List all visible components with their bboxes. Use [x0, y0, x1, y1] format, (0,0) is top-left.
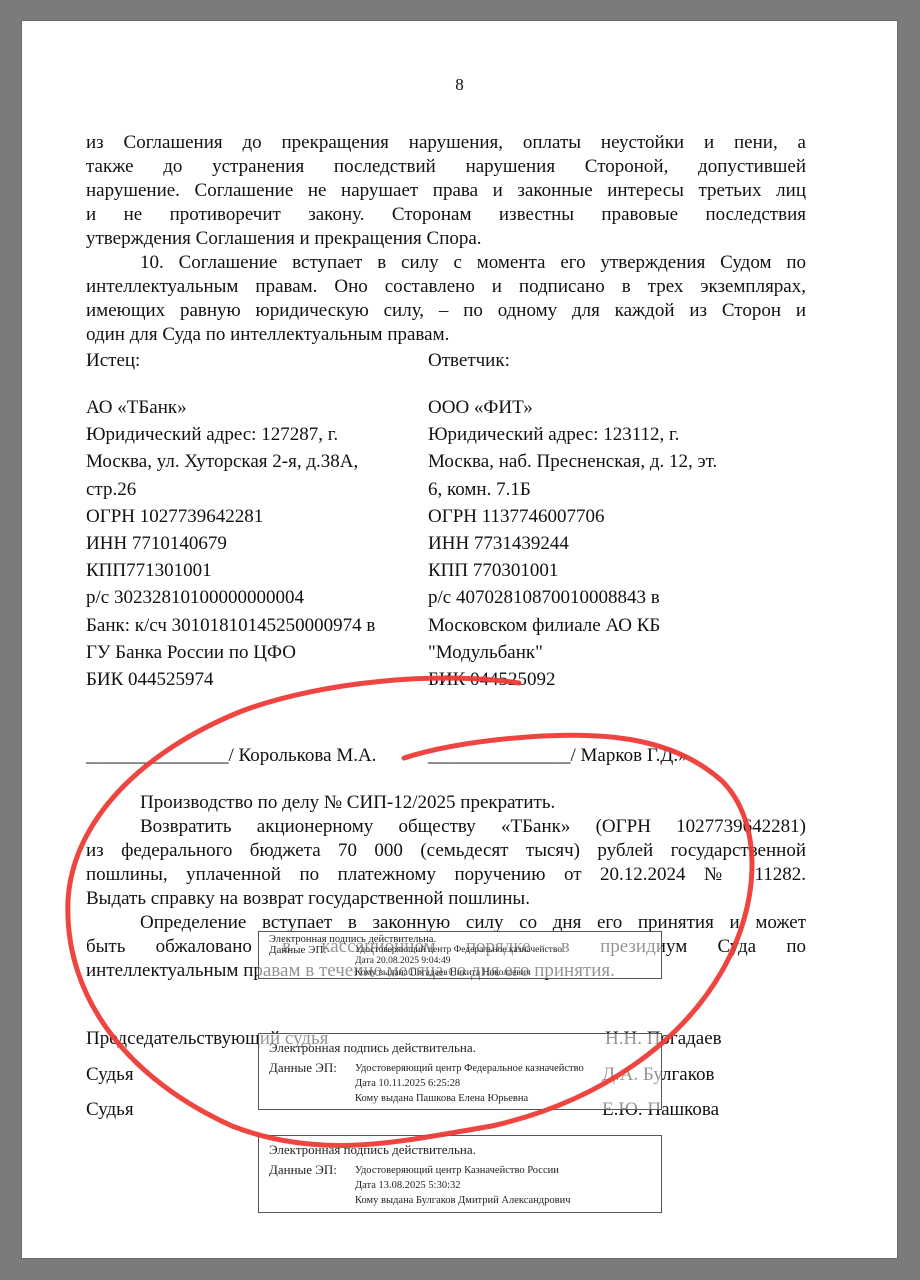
defendant-heading: Ответчик: — [428, 347, 510, 374]
defendant-details: ООО «ФИТ» Юридический адрес: 123112, г. … — [428, 394, 717, 693]
e-signature-label: Данные ЭП: — [269, 1060, 337, 1076]
text-line: 10. Соглашение вступает в силу с момента… — [86, 251, 806, 275]
judge-role: Судья — [86, 1099, 134, 1121]
e-signature-status: Электронная подпись действительна. — [269, 1040, 476, 1056]
e-signature-stamp: Электронная подпись действительна. Данны… — [258, 1135, 662, 1213]
plaintiff-row: Юридический адрес: 127287, г. — [86, 421, 375, 448]
ruling-terminate: Производство по делу № СИП-12/2025 прекр… — [86, 791, 806, 815]
e-signature-issued-to: Кому выдана Булгаков Дмитрий Александров… — [355, 1193, 570, 1208]
ruling-refund-line: пошлины, уплаченной по платежному поруче… — [86, 863, 806, 887]
e-signature-center: Удостоверяющий центр Федеральное казначе… — [355, 1061, 584, 1076]
defendant-inn: ИНН 7731439244 — [428, 530, 717, 557]
defendant-row: Москва, наб. Пресненская, д. 12, эт. — [428, 448, 717, 475]
defendant-row: Юридический адрес: 123112, г. — [428, 421, 717, 448]
defendant-ogrn: ОГРН 1137746007706 — [428, 503, 717, 530]
e-signature-center: Удостоверяющий центр Казначейство России — [355, 1163, 559, 1178]
plaintiff-signature-line: _______________/ Королькова М.А. — [86, 745, 376, 767]
plaintiff-heading: Истец: — [86, 347, 140, 374]
e-signature-date: Дата 13.08.2025 5:30:32 — [355, 1178, 461, 1193]
plaintiff-kpp: КПП771301001 — [86, 557, 375, 584]
e-signature-date: Дата 20.08.2025 9:04:49 — [355, 955, 450, 967]
defendant-signature-line: _______________/ Марков Г.Д.» — [428, 745, 688, 767]
e-signature-status: Электронная подпись действительна. — [269, 1142, 476, 1158]
e-signature-label: Данные ЭП: — [269, 944, 326, 956]
text-line: интеллектуальным правам. Оно составлено … — [86, 275, 806, 299]
ruling-refund-line: из федерального бюджета 70 000 (семьдеся… — [86, 839, 806, 863]
text-line: имеющих равную юридическую силу, – по од… — [86, 299, 806, 323]
text-line: один для Суда по интеллектуальным правам… — [86, 323, 806, 347]
defendant-row: Московском филиале АО КБ — [428, 612, 717, 639]
judge-role: Судья — [86, 1064, 134, 1086]
text-line: из Соглашения до прекращения нарушения, … — [86, 131, 806, 155]
plaintiff-inn: ИНН 7710140679 — [86, 530, 375, 557]
text-line: также до устранения последствий нарушени… — [86, 155, 806, 179]
page-number: 8 — [22, 75, 897, 95]
e-signature-date: Дата 10.11.2025 6:25:28 — [355, 1076, 460, 1091]
defendant-bik: БИК 044525092 — [428, 666, 717, 693]
plaintiff-row: стр.26 — [86, 476, 375, 503]
plaintiff-bik: БИК 044525974 — [86, 666, 375, 693]
plaintiff-row: Москва, ул. Хуторская 2-я, д.38А, — [86, 448, 375, 475]
intro-paragraph: из Соглашения до прекращения нарушения, … — [86, 131, 806, 251]
ruling-refund-line: Возвратить акционерному обществу «ТБанк»… — [86, 815, 806, 839]
e-signature-label: Данные ЭП: — [269, 1162, 337, 1178]
defendant-account: р/с 40702810870010008843 в — [428, 584, 717, 611]
plaintiff-name: АО «ТБанк» — [86, 394, 375, 421]
defendant-row: "Модульбанк" — [428, 639, 717, 666]
plaintiff-row: ГУ Банка России по ЦФО — [86, 639, 375, 666]
defendant-name: ООО «ФИТ» — [428, 394, 717, 421]
plaintiff-details: АО «ТБанк» Юридический адрес: 127287, г.… — [86, 394, 375, 693]
e-signature-stamp: Электронная подпись действительна. Данны… — [258, 1033, 662, 1110]
e-signature-issued-to: Кому выдана Пашкова Елена Юрьевна — [355, 1091, 528, 1106]
ruling-refund-line: Выдать справку на возврат государственно… — [86, 887, 806, 911]
e-signature-issued-to: Кому выдана Погадаев Никита Николаевич — [355, 967, 531, 979]
defendant-row: 6, комн. 7.1Б — [428, 476, 717, 503]
e-signature-stamp: Электронная подпись действительна. Данны… — [258, 931, 662, 979]
text-line: нарушение. Соглашение не нарушает права … — [86, 179, 806, 203]
plaintiff-row: Банк: к/сч 30101810145250000974 в — [86, 612, 375, 639]
plaintiff-account: р/с 30232810100000000004 — [86, 584, 375, 611]
text-line: утверждения Соглашения и прекращения Спо… — [86, 227, 806, 251]
clause-10-paragraph: 10. Соглашение вступает в силу с момента… — [86, 251, 806, 347]
document-page: 8 из Соглашения до прекращения нарушения… — [22, 21, 897, 1258]
defendant-kpp: КПП 770301001 — [428, 557, 717, 584]
plaintiff-ogrn: ОГРН 1027739642281 — [86, 503, 375, 530]
text-line: и не противоречит закону. Сторонам извес… — [86, 203, 806, 227]
